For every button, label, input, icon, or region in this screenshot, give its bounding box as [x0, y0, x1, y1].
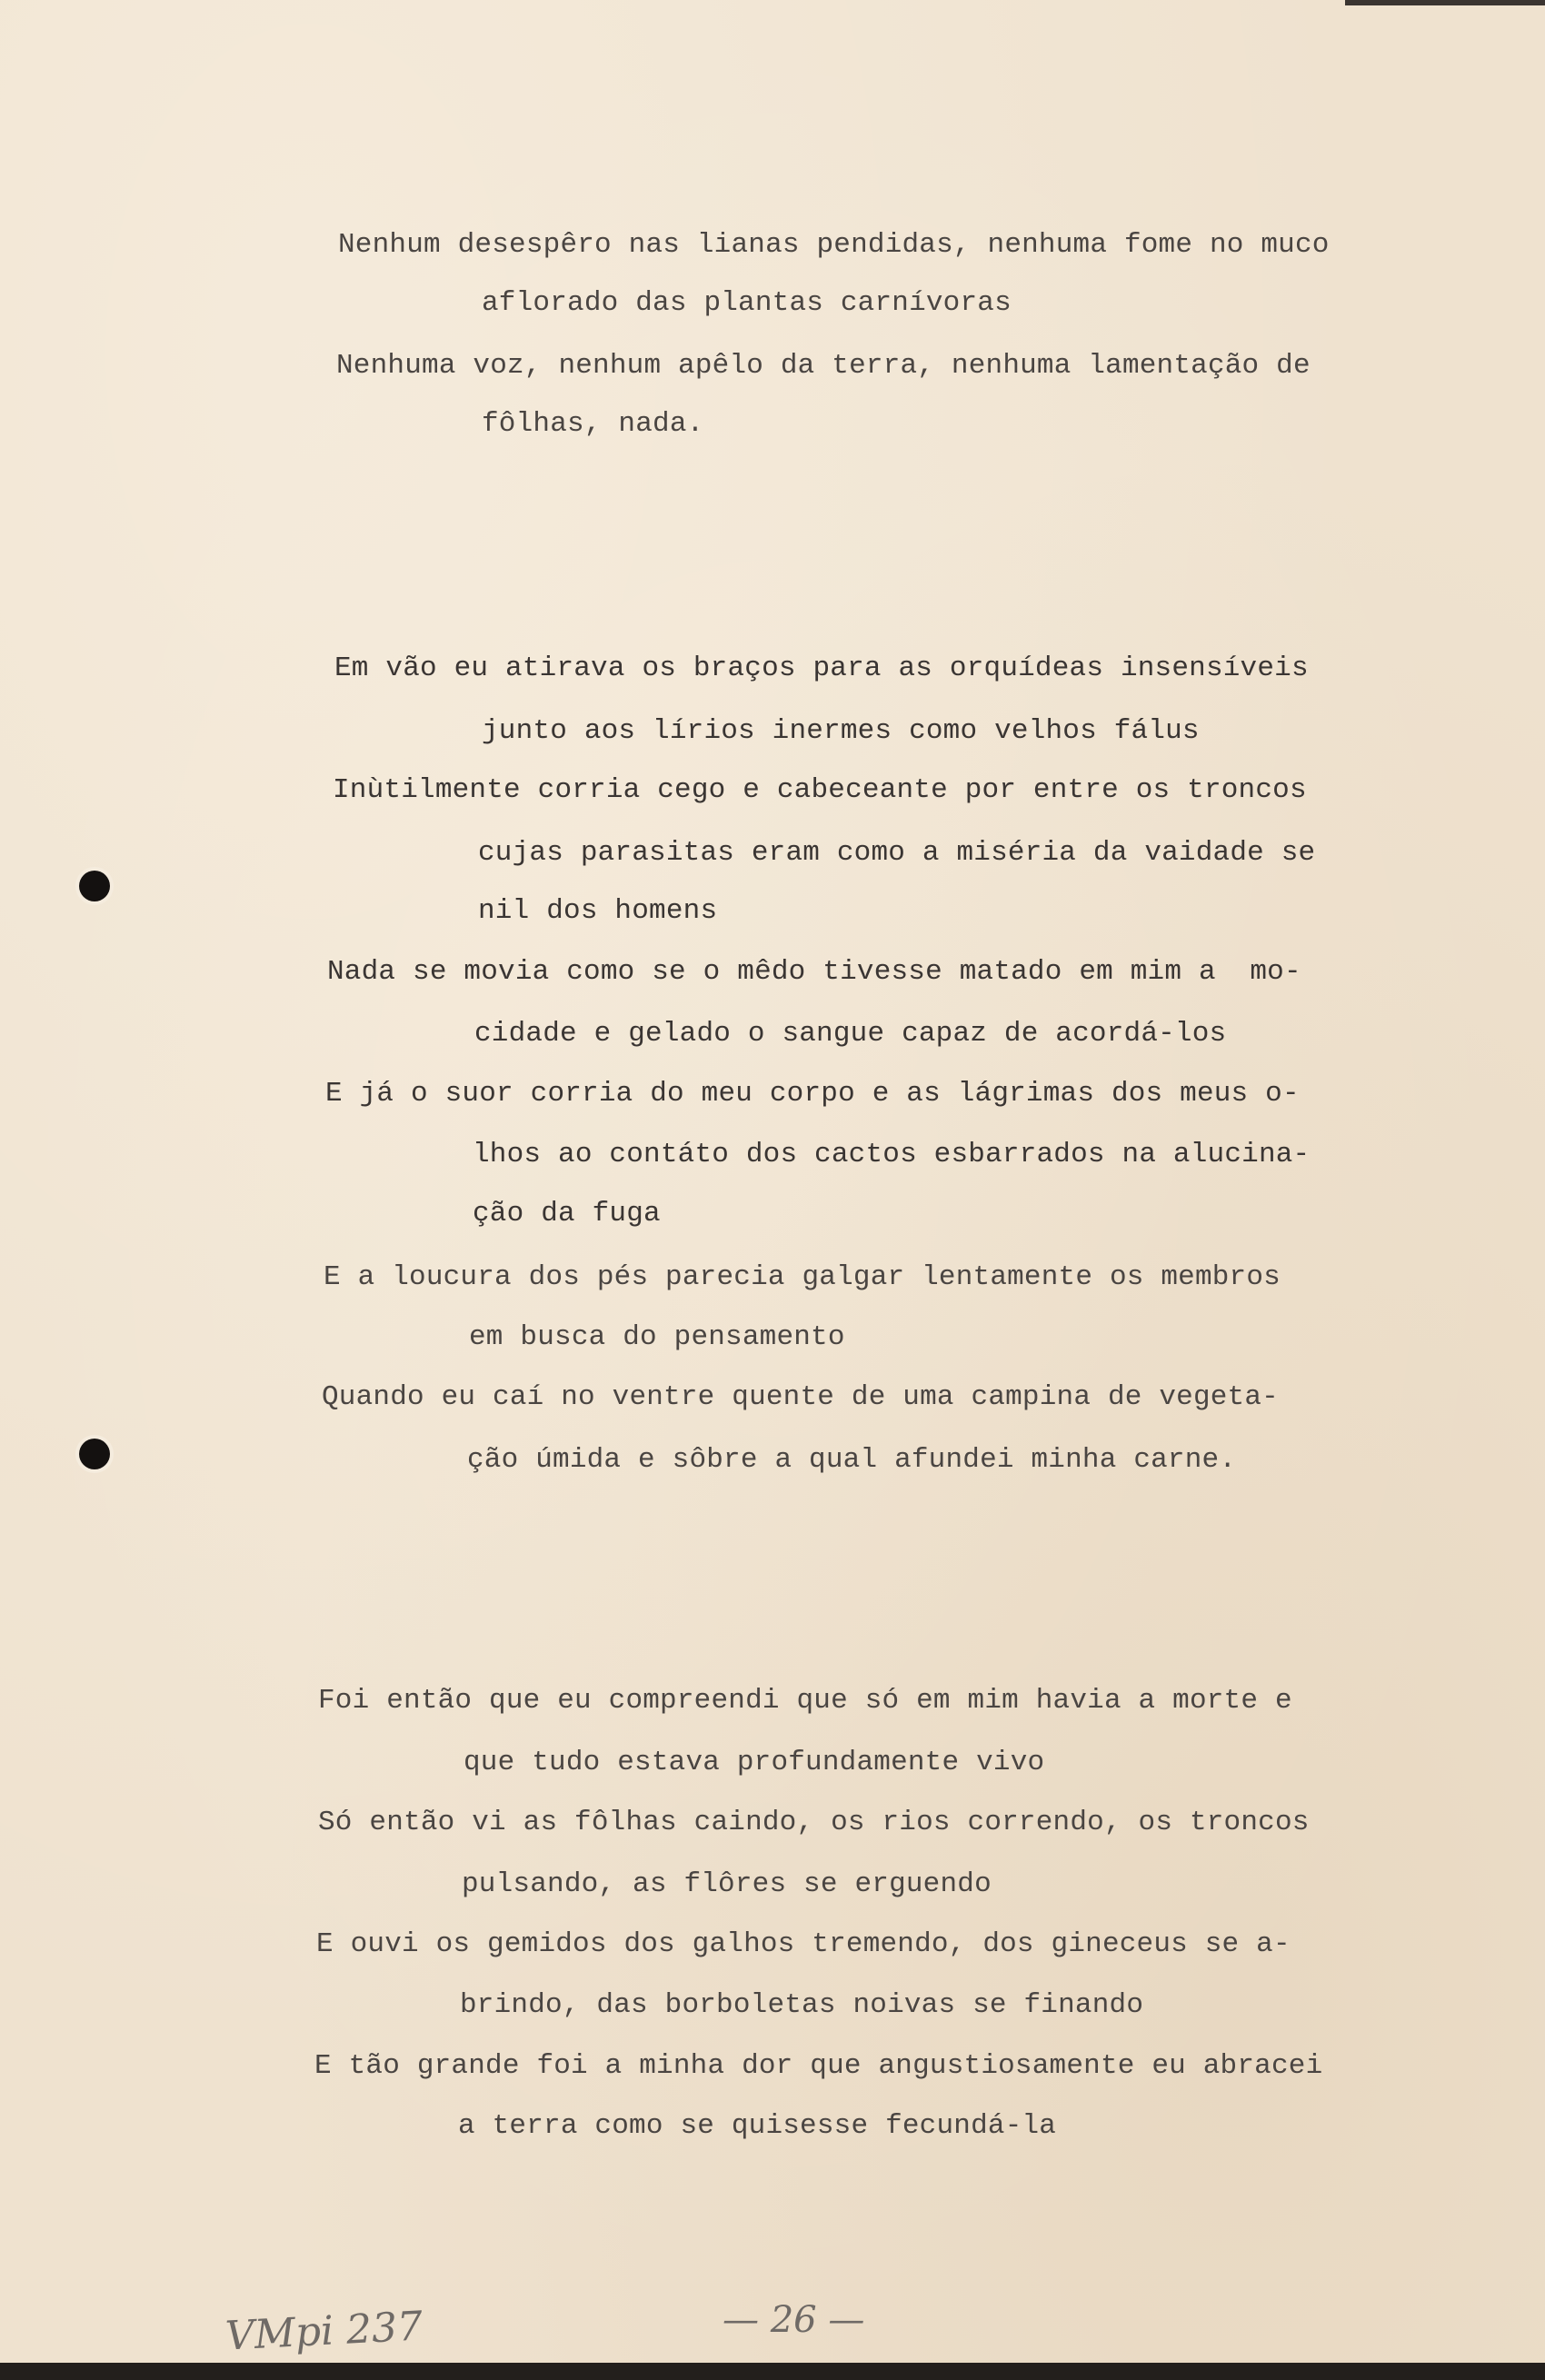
poem-line: Nenhum desespêro nas lianas pendidas, ne…	[338, 229, 1330, 261]
page-number: — 26 —	[723, 2299, 864, 2341]
poem-line: a terra como se quisesse fecundá-la	[458, 2110, 1056, 2142]
poem-line: Foi então que eu compreendi que só em mi…	[318, 1685, 1292, 1717]
poem-line: E tão grande foi a minha dor que angusti…	[314, 2050, 1322, 2082]
poem-line: que tudo estava profundamente vivo	[463, 1747, 1044, 1778]
poem-line: Inùtilmente corria cego e cabeceante por…	[333, 774, 1307, 806]
poem-line: brindo, das borboletas noivas se finando	[460, 1989, 1143, 2021]
poem-line: Nada se movia como se o mêdo tivesse mat…	[327, 956, 1301, 988]
poem-line: E ouvi os gemidos dos galhos tremendo, d…	[316, 1928, 1291, 1960]
archive-annotation: VMpi 237	[224, 2303, 424, 2359]
poem-line: ção da fuga	[473, 1198, 661, 1230]
poem-line: junto aos lírios inermes como velhos fál…	[482, 715, 1200, 747]
poem-line: pulsando, as flôres se erguendo	[462, 1868, 992, 1900]
poem-line: Quando eu caí no ventre quente de uma ca…	[322, 1381, 1279, 1413]
poem-line: nil dos homens	[478, 895, 717, 927]
poem-line: E já o suor corria do meu corpo e as lág…	[325, 1078, 1300, 1110]
poem-line: E a loucura dos pés parecia galgar lenta…	[324, 1261, 1281, 1293]
punch-hole-bottom	[79, 1439, 110, 1469]
poem-line: fôlhas, nada.	[482, 408, 703, 440]
poem-line: em busca do pensamento	[469, 1321, 845, 1353]
scan-edge-top	[1345, 0, 1545, 5]
poem-line: ção úmida e sôbre a qual afundei minha c…	[467, 1444, 1236, 1476]
typewritten-page: Nenhum desespêro nas lianas pendidas, ne…	[0, 0, 1545, 2363]
poem-line: Nenhuma voz, nenhum apêlo da terra, nenh…	[336, 350, 1311, 382]
poem-line: Em vão eu atirava os braços para as orqu…	[334, 652, 1309, 684]
poem-line: lhos ao contáto dos cactos esbarrados na…	[473, 1139, 1310, 1170]
poem-line: cidade e gelado o sangue capaz de acordá…	[474, 1018, 1226, 1050]
poem-line: Só então vi as fôlhas caindo, os rios co…	[318, 1807, 1310, 1838]
punch-hole-top	[79, 871, 110, 901]
poem-line: aflorado das plantas carnívoras	[482, 287, 1012, 319]
poem-line: cujas parasitas eram como a miséria da v…	[478, 837, 1315, 869]
scan-edge-bottom	[0, 2363, 1545, 2380]
